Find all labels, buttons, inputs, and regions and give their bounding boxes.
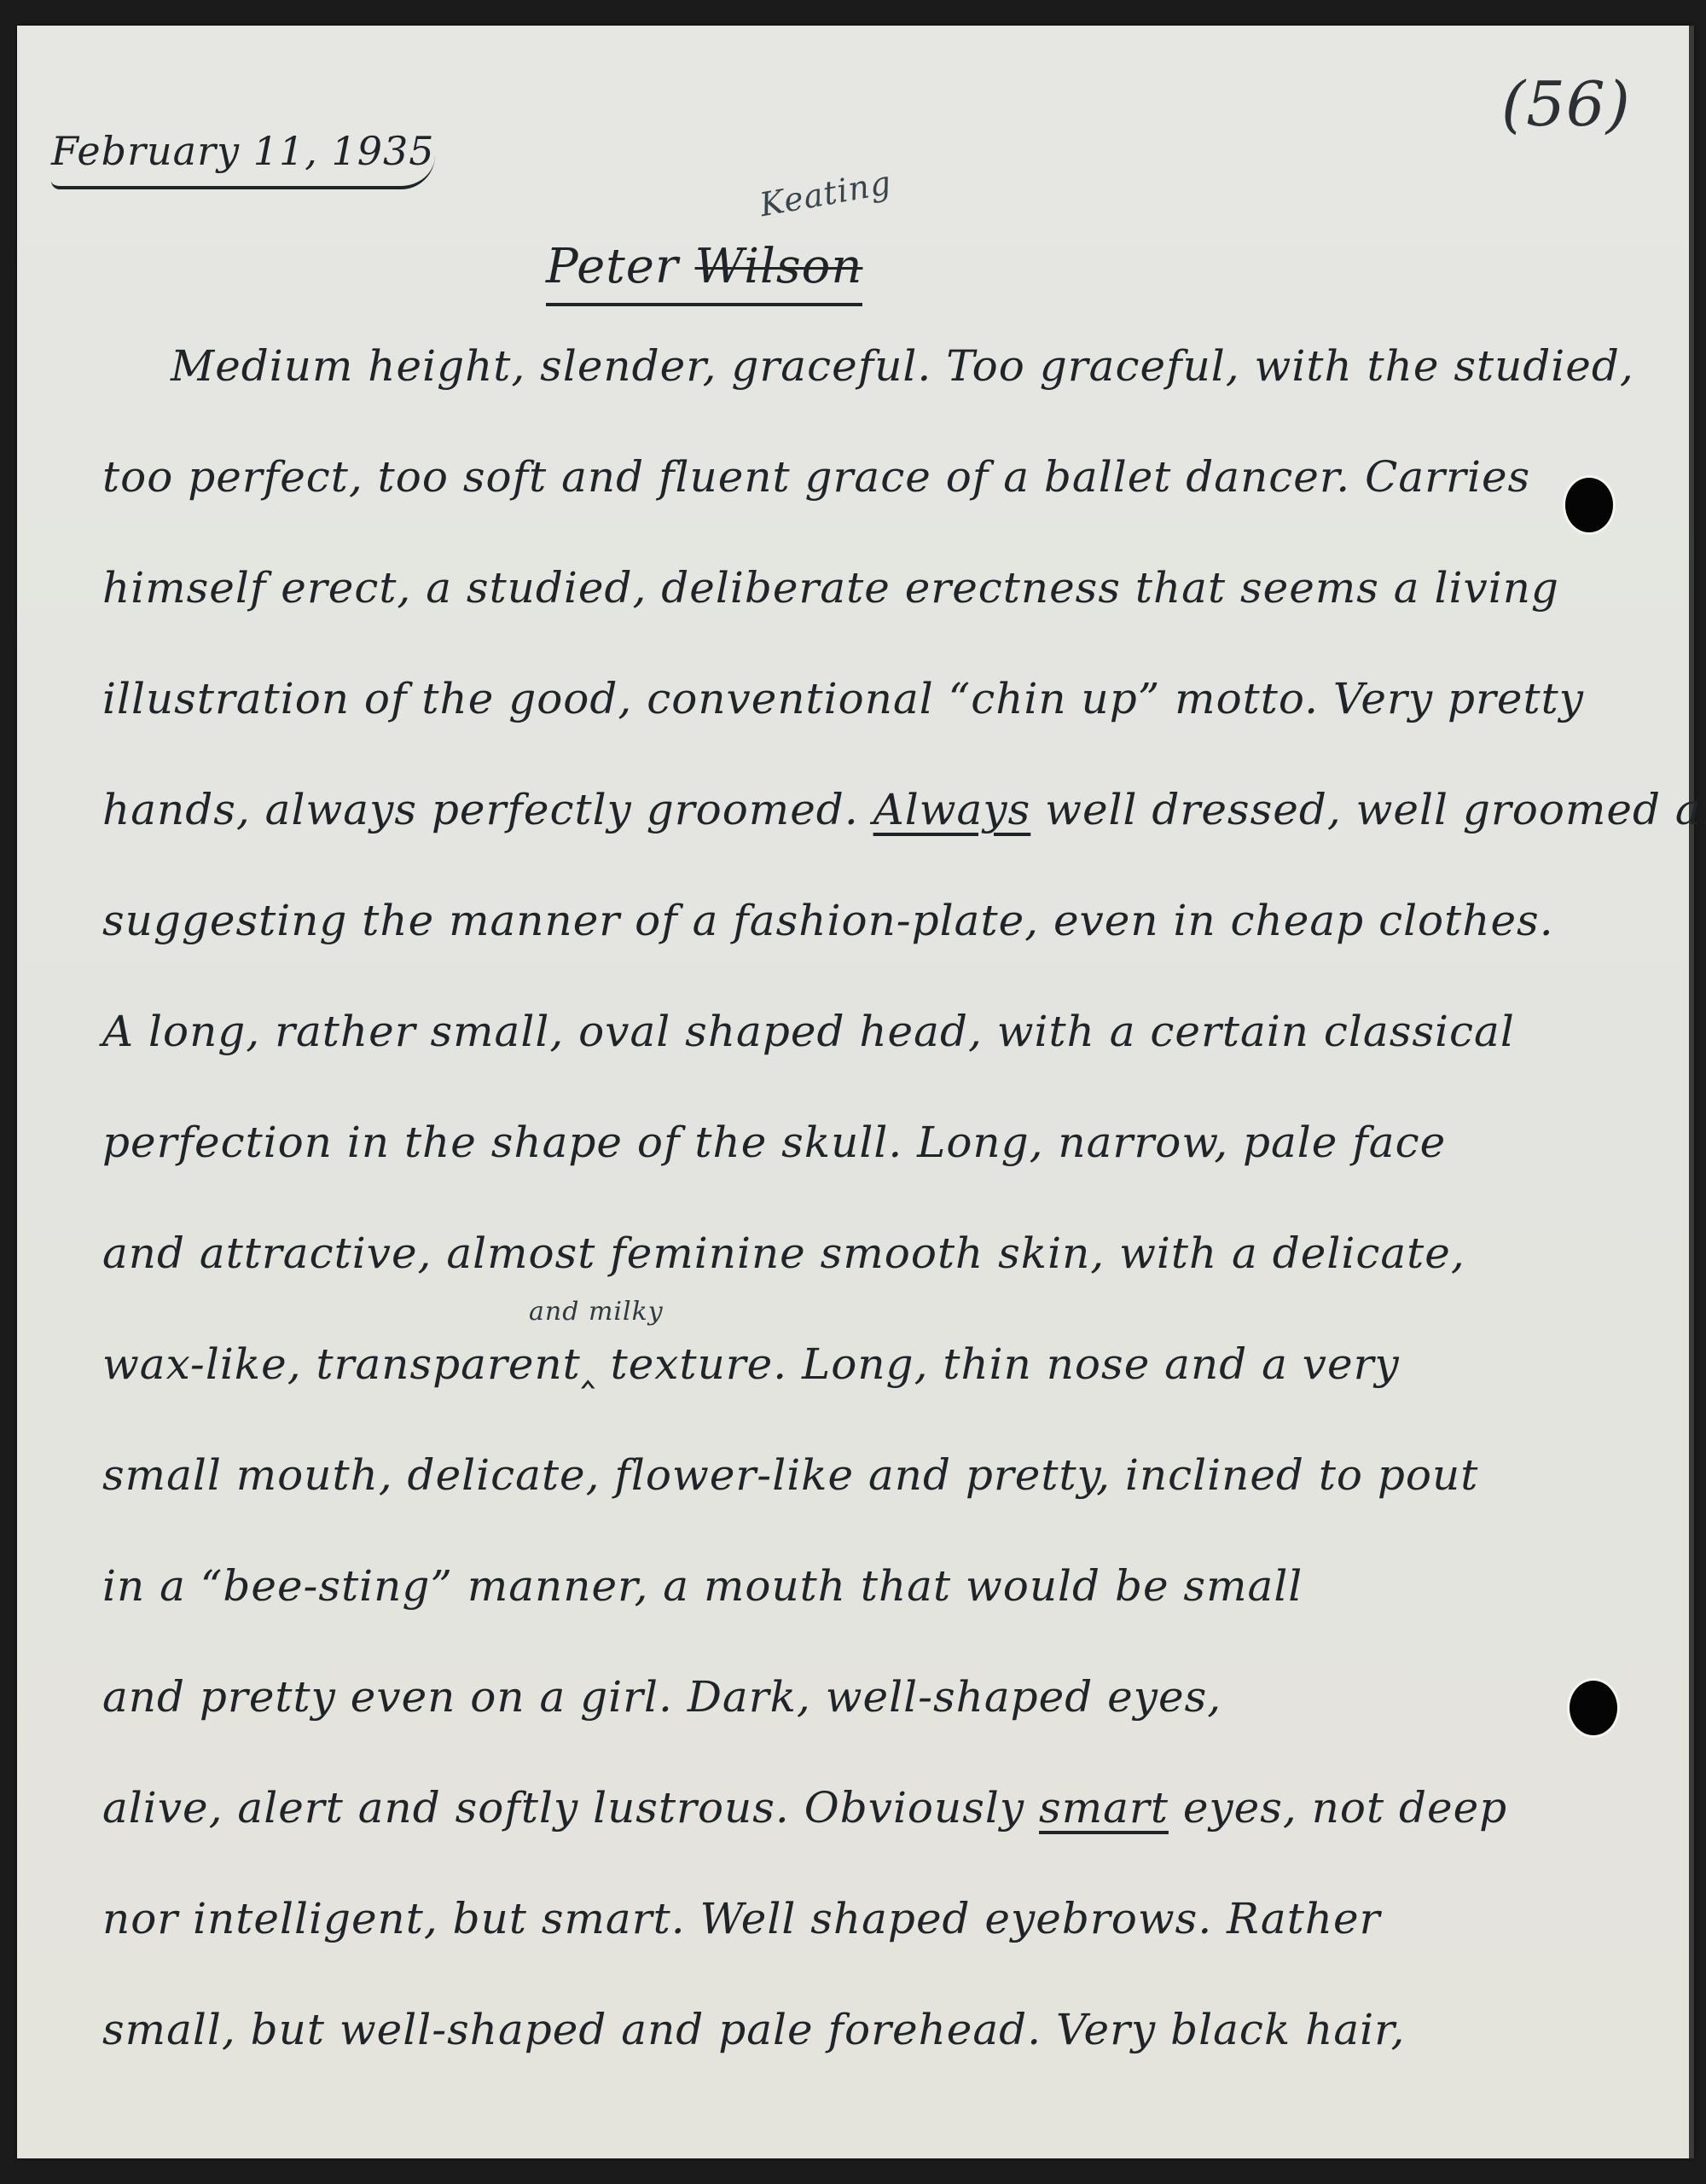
page-number: (56) <box>1501 68 1631 140</box>
text-line-12: in a “bee-sting” manner, a mouth that wo… <box>102 1561 1303 1611</box>
title-first-name: Peter <box>546 239 679 294</box>
date-heading: February 11, 1935 <box>51 128 435 189</box>
text-line-11: small mouth, delicate, flower-like and p… <box>102 1450 1478 1500</box>
text-line-3: himself erect, a studied, deliberate ere… <box>102 563 1559 613</box>
text-line-16: small, but well-shaped and pale forehead… <box>102 2005 1405 2054</box>
text-line-13: and pretty even on a girl. Dark, well-sh… <box>102 1672 1221 1722</box>
text-line-1: Medium height, slender, graceful. Too gr… <box>171 341 1634 391</box>
text-line-7: A long, rather small, oval shaped head, … <box>102 1007 1515 1056</box>
page-title: Peter Wilson <box>546 239 862 306</box>
text-line-2: too perfect, too soft and fluent grace o… <box>102 452 1530 502</box>
emphasis-always: Always <box>873 785 1031 834</box>
title-correction: Keating <box>757 164 894 224</box>
text-line-10-rest: texture. Long, thin nose and a very <box>596 1339 1400 1389</box>
title-struck-surname: Wilson <box>695 239 863 294</box>
manuscript-page: (56) February 11, 1935 Keating Peter Wil… <box>17 26 1694 2158</box>
punch-hole-top <box>1565 478 1613 532</box>
text-line-14-rest: eyes, not deep <box>1169 1783 1507 1833</box>
text-line-5-start: hands, always perfectly groomed. <box>102 785 859 834</box>
text-line-14: alive, alert and softly lustrous. Obviou… <box>102 1783 1507 1833</box>
text-line-9: and attractive, almost feminine smooth s… <box>102 1228 1465 1278</box>
text-line-10: wax-like, transparent‸ texture. Long, th… <box>102 1339 1400 1389</box>
punch-hole-bottom <box>1570 1681 1617 1735</box>
text-line-5-rest: well dressed, well groomed and <box>1030 785 1706 834</box>
text-line-6: suggesting the manner of a fashion-plate… <box>102 896 1554 945</box>
text-line-8: perfection in the shape of the skull. Lo… <box>102 1118 1446 1167</box>
text-line-15: nor intelligent, but smart. Well shaped … <box>102 1894 1381 1943</box>
emphasis-smart: smart <box>1039 1783 1169 1833</box>
caret-mark: ‸ <box>581 1339 596 1389</box>
text-line-4: illustration of the good, conventional “… <box>102 674 1584 723</box>
text-line-14-start: alive, alert and softly lustrous. Obviou… <box>102 1783 1024 1833</box>
text-line-5: hands, always perfectly groomed. Always … <box>102 785 1706 834</box>
interlinear-insertion: and milky <box>529 1297 664 1327</box>
text-line-10-start: wax-like, transparent <box>102 1339 581 1389</box>
